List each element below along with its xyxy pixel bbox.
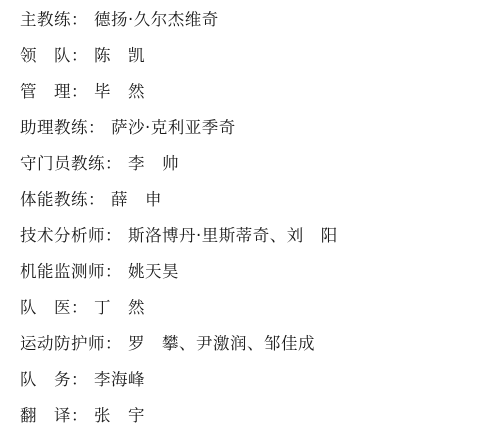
colon-separator: ： <box>105 154 122 173</box>
colon-separator: ： <box>71 406 88 425</box>
staff-names: 李海峰 <box>94 370 145 389</box>
staff-names: 德扬·久尔杰维奇 <box>94 10 219 29</box>
staff-row-translator: 翻 译：张 宇 <box>20 405 338 440</box>
role-label: 翻 译 <box>20 406 71 425</box>
colon-separator: ： <box>105 262 122 281</box>
staff-row-manager: 管 理：毕 然 <box>20 81 338 117</box>
role-label: 助理教练 <box>20 118 88 137</box>
staff-names: 丁 然 <box>94 298 145 317</box>
staff-names: 薛 申 <box>111 190 162 209</box>
colon-separator: ： <box>105 334 122 353</box>
colon-separator: ： <box>88 118 105 137</box>
staff-names: 陈 凯 <box>94 46 145 65</box>
staff-names: 姚天昊 <box>128 262 179 281</box>
role-label: 管 理 <box>20 82 71 101</box>
role-label: 队 医 <box>20 298 71 317</box>
colon-separator: ： <box>71 370 88 389</box>
staff-row-team-affairs: 队 务：李海峰 <box>20 369 338 405</box>
staff-row-assistant-coach: 助理教练：萨沙·克利亚季奇 <box>20 117 338 153</box>
role-label: 主教练 <box>20 10 71 29</box>
staff-row-performance-monitor: 机能监测师：姚天昊 <box>20 261 338 297</box>
staff-row-technical-analyst: 技术分析师：斯洛博丹·里斯蒂奇、刘 阳 <box>20 225 338 261</box>
staff-row-team-doctor: 队 医：丁 然 <box>20 297 338 333</box>
staff-names: 张 宇 <box>94 406 145 425</box>
colon-separator: ： <box>71 298 88 317</box>
colon-separator: ： <box>71 82 88 101</box>
staff-row-head-coach: 主教练：德扬·久尔杰维奇 <box>20 9 338 45</box>
role-label: 体能教练 <box>20 190 88 209</box>
staff-names: 斯洛博丹·里斯蒂奇、刘 阳 <box>128 226 338 245</box>
staff-row-team-leader: 领 队：陈 凯 <box>20 45 338 81</box>
staff-names: 萨沙·克利亚季奇 <box>111 118 236 137</box>
colon-separator: ： <box>105 226 122 245</box>
staff-names: 毕 然 <box>94 82 145 101</box>
colon-separator: ： <box>71 10 88 29</box>
staff-row-goalkeeper-coach: 守门员教练：李 帅 <box>20 153 338 189</box>
colon-separator: ： <box>88 190 105 209</box>
staff-row-fitness-coach: 体能教练：薛 申 <box>20 189 338 225</box>
staff-row-athletic-trainer: 运动防护师：罗 攀、尹激润、邹佳成 <box>20 333 338 369</box>
role-label: 技术分析师 <box>20 226 105 245</box>
role-label: 领 队 <box>20 46 71 65</box>
colon-separator: ： <box>71 46 88 65</box>
role-label: 守门员教练 <box>20 154 105 173</box>
role-label: 机能监测师 <box>20 262 105 281</box>
staff-names: 罗 攀、尹激润、邹佳成 <box>128 334 315 353</box>
role-label: 队 务 <box>20 370 71 389</box>
coaching-staff-list: 主教练：德扬·久尔杰维奇 领 队：陈 凯 管 理：毕 然 助理教练：萨沙·克利亚… <box>20 9 338 440</box>
staff-names: 李 帅 <box>128 154 179 173</box>
role-label: 运动防护师 <box>20 334 105 353</box>
